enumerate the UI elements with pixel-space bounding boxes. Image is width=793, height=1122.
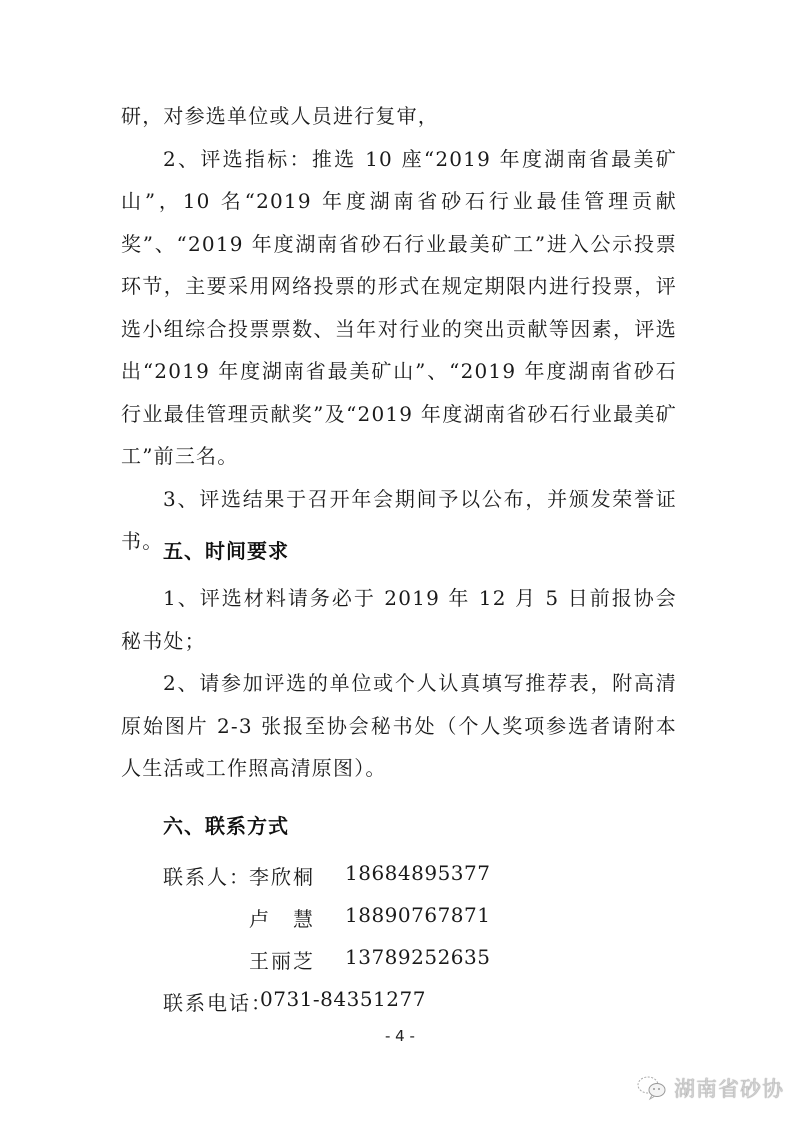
page-number: - 4 -	[385, 1027, 415, 1045]
contact-name: 李欣桐	[249, 861, 315, 890]
contact-phone: 18684895377	[345, 861, 490, 885]
paragraph-review: 研，对参选单位或人员进行复审，	[121, 95, 677, 138]
wechat-icon	[636, 1075, 668, 1101]
wechat-watermark: 湖南省砂协	[636, 1070, 784, 1106]
section-heading-time: 五、时间要求	[163, 535, 289, 564]
contact-name: 王丽芝	[249, 945, 315, 974]
body-section-4-continued: 研，对参选单位或人员进行复审， 2、评选指标：推选 10 座“2019 年度湖南…	[121, 95, 677, 563]
office-phone-label: 联系电话：	[163, 987, 273, 1016]
section-heading-contact: 六、联系方式	[163, 810, 289, 839]
contact-phone: 18890767871	[345, 903, 490, 927]
watermark-text: 湖南省砂协	[674, 1073, 784, 1103]
contact-label: 联系人：	[163, 861, 251, 890]
contact-name: 卢 慧	[249, 903, 315, 932]
document-page: 研，对参选单位或人员进行复审， 2、评选指标：推选 10 座“2019 年度湖南…	[0, 0, 793, 1122]
paragraph-materials: 2、请参加评选的单位或个人认真填写推荐表，附高清原始图片 2-3 张报至协会秘书…	[121, 662, 677, 790]
contact-phone: 13789252635	[345, 945, 490, 969]
office-phone-value: 0731-84351277	[260, 987, 426, 1011]
paragraph-deadline: 1、评选材料请务必于 2019 年 12 月 5 日前报协会秘书处；	[121, 577, 677, 662]
body-section-5: 1、评选材料请务必于 2019 年 12 月 5 日前报协会秘书处； 2、请参加…	[121, 577, 677, 790]
paragraph-criteria: 2、评选指标：推选 10 座“2019 年度湖南省最美矿山”，10 名“2019…	[121, 138, 677, 478]
